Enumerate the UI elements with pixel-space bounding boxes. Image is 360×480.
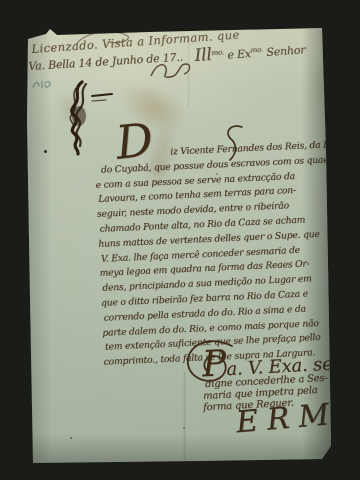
ink-speck [44,150,47,153]
salutation-sup: mo. [250,46,263,55]
erm-monogram: ERM [235,397,340,441]
pencil-mark-icon [31,77,55,91]
salutation-end: Senhor [263,43,306,59]
paper-sheet: Licenzado. Vista a Informam. que Va. Bel… [0,0,360,480]
salutation-abbr: Ill [194,45,212,66]
rubric-flourish-icon [52,76,118,156]
manuscript-photo: Licenzado. Vista a Informam. que Va. Bel… [0,0,360,480]
ink-speck [183,427,185,429]
date-flourish-icon [148,58,194,82]
salutation-mid: e Ex [224,47,252,62]
ink-speck [70,437,72,439]
salutation-sup: mo. [211,48,224,57]
